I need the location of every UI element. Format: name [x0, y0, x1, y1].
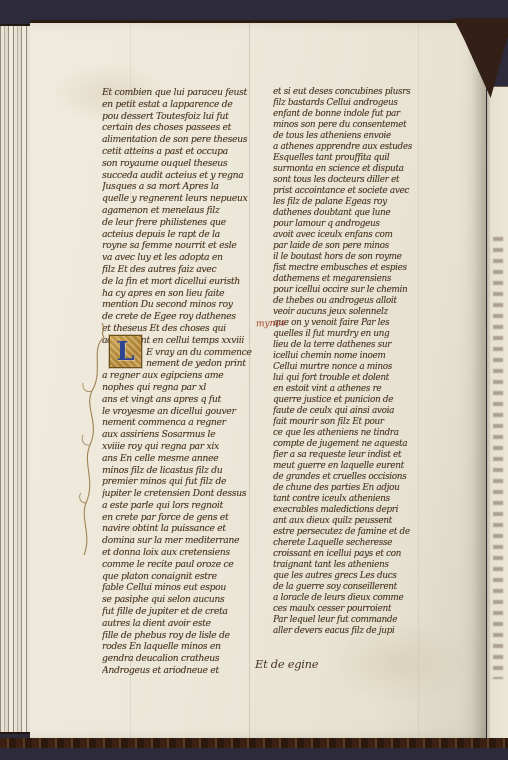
text-line: fut fille de jupiter et de creta	[102, 606, 272, 618]
text-line: comme le recite paul oroze ce	[102, 559, 272, 571]
text-line: le vroyesme an dicellui gouver	[102, 406, 272, 418]
text-line: icellui chemin nome inoem	[273, 351, 491, 362]
text-line: mention Du second minos roy	[102, 299, 272, 311]
catchword: Et de egine	[255, 657, 318, 671]
text-line: sont tous les docteurs diller et	[273, 175, 491, 186]
text-line: il le boutast hors de son royme	[273, 252, 491, 263]
text-line: de leur frere philistenes que	[102, 217, 272, 229]
text-line: cherete Laquelle secheresse	[273, 538, 491, 549]
text-line: minos son pere du consentemet	[273, 120, 491, 131]
text-line: domina sur la mer mediterrane	[102, 535, 272, 547]
text-line: fier a sa requeste leur indist et	[273, 450, 491, 461]
text-line: veoir aucuns jeux solennelz	[273, 307, 491, 318]
text-line: se pasiphe qui selon aucuns	[102, 594, 272, 606]
text-line: dathemens et megarensiens	[273, 274, 491, 285]
text-line: que platon conaignit estre	[102, 571, 272, 583]
text-line: que les autres grecs Les ducs	[273, 571, 491, 582]
text-column-left: Et combien que lui paraceu feusten petit…	[102, 87, 272, 677]
text-line: gendra deucalion cratheus	[102, 653, 272, 665]
text-line: va avec luy et les adopta en	[102, 252, 272, 264]
text-line: de grandes et cruelles occisions	[273, 472, 491, 483]
text-line: royne sa femme nourrit et esle	[102, 240, 272, 252]
text-line: minos filz de licastus filz du	[102, 465, 272, 477]
text-line: et si eut deses concubines plusrs	[273, 87, 491, 98]
text-line: meut guerre en laquelle eurent	[273, 461, 491, 472]
text-line: compte de jugement ne aquesta	[273, 439, 491, 450]
text-line: de la fin et mort dicellui euristh	[102, 276, 272, 288]
text-line: execrables maledictions depri	[273, 505, 491, 516]
manuscript-page: Et combien que lui paraceu feusten petit…	[30, 20, 486, 740]
text-line: fille de phebus roy de lisle de	[102, 630, 272, 642]
text-line: certain des choses passees et	[102, 122, 272, 134]
text-line: lieu de la terre dathenes sur	[273, 340, 491, 351]
text-line: nophes qui regna par xl	[102, 382, 272, 394]
text-line: Cellui murtre nonce a minos	[273, 362, 491, 373]
text-line: enfant de bonne indole fut par	[273, 109, 491, 120]
book-board-edge	[0, 738, 508, 748]
text-line: quelles il fut murdry en ung	[273, 329, 491, 340]
text-line: premier minos qui fut filz de	[102, 476, 272, 488]
text-line: rodes En laquelle minos en	[102, 641, 272, 653]
text-line: autres la dient avoir este	[102, 618, 272, 630]
manuscript-photo: Et combien que lui paraceu feusten petit…	[0, 0, 508, 760]
text-line: nement commenca a regner	[102, 417, 272, 429]
text-line: fable Cellui minos eut espou	[102, 582, 272, 594]
text-line: alimentation de son pere theseus	[102, 134, 272, 146]
text-line: ans et vingt ans apres q fut	[102, 394, 272, 406]
text-line: et donna loix aux cretensiens	[102, 547, 272, 559]
text-line: de chune des parties En adjou	[273, 483, 491, 494]
text-line: prist accointance et societe avec	[273, 186, 491, 197]
text-line: acteius depuis le rapt de la	[102, 229, 272, 241]
text-line: ces maulx cesser pourroient	[273, 604, 491, 615]
text-line: de crete de Egee roy dathenes	[102, 311, 272, 323]
text-line: pou dessert Toutesfoiz lui fut	[102, 111, 272, 123]
text-line: aux assiriens Sosarmus le	[102, 429, 272, 441]
text-line: ha cy apres en son lieu faite	[102, 288, 272, 300]
text-line: lui qui fort trouble et dolent	[273, 373, 491, 384]
penwork-flourish-icon	[76, 319, 110, 569]
text-line: tant contre iceulx atheniens	[273, 494, 491, 505]
text-line: en estoit vint a athenes re	[273, 384, 491, 395]
text-line: ant aux dieux quilz peussent	[273, 516, 491, 527]
text-line: navire obtint la puissance et	[102, 523, 272, 535]
facing-page-edge	[487, 86, 508, 739]
text-line: ce que les atheniens ne tindra	[273, 428, 491, 439]
text-line: pour icellui occire sur le chemin	[273, 285, 491, 296]
text-column-right: et si eut deses concubines plusrsfilz ba…	[273, 87, 491, 637]
text-line: avoit avec iceulx enfans com	[273, 230, 491, 241]
text-line: et theseus Et des choses qui	[102, 323, 272, 335]
text-line: querre justice et punicion de	[273, 395, 491, 406]
text-line: en petit estat a lapparence de	[102, 99, 272, 111]
text-line: son royaume ouquel theseus	[102, 158, 272, 170]
text-line: quelle y regnerent leurs nepueux	[102, 193, 272, 205]
text-line: les filz de palane Egeas roy	[273, 197, 491, 208]
text-line: Et combien que lui paraceu feust	[102, 87, 272, 99]
text-line: a regner aux egipciens ame	[102, 370, 272, 382]
text-line: aller devers eacus filz de jupi	[273, 626, 491, 637]
text-line: a athenes apprendre aux estudes	[273, 142, 491, 153]
text-line: estre persecutez de famine et de	[273, 527, 491, 538]
text-line: filz Et des autres faiz avec	[102, 264, 272, 276]
text-line: traignant tant les atheniens	[273, 560, 491, 571]
text-line: a este parle qui lors regnoit	[102, 500, 272, 512]
text-line: xviiie roy qui regna par xix	[102, 441, 272, 453]
text-line: pour lamour q androgeus	[273, 219, 491, 230]
text-line: fait mourir son filz Et pour	[273, 417, 491, 428]
text-line: de la guerre soy conseillerent	[273, 582, 491, 593]
facing-page-ghost-text	[493, 237, 503, 679]
initial-letter: L	[116, 339, 134, 365]
text-line: Esquelles tant prouffita quil	[273, 153, 491, 164]
text-line: par laide de son pere minos	[273, 241, 491, 252]
text-line: ans En celle mesme annee	[102, 453, 272, 465]
text-line: succeda audit acteius et y regna	[102, 170, 272, 182]
text-line: que on y venoit faire Par les	[273, 318, 491, 329]
text-line: Jusques a sa mort Apres la	[102, 181, 272, 193]
text-line: filz bastards Cellui androgeus	[273, 98, 491, 109]
text-line: cetit atteins a past et occupa	[102, 146, 272, 158]
page-edges	[0, 24, 32, 734]
text-line: de tous les atheniens envoie	[273, 131, 491, 142]
text-line: a loracle de leurs dieux comme	[273, 593, 491, 604]
text-line: jupiter le cretensien Dont dessus	[102, 488, 272, 500]
text-line: dathenes doubtant que lune	[273, 208, 491, 219]
text-line: Androgeus et ariodneue et	[102, 665, 272, 677]
text-line: en crete par force de gens et	[102, 512, 272, 524]
text-line: faute de ceulx qui ainsi avoia	[273, 406, 491, 417]
text-line: fist mectre embusches et espies	[273, 263, 491, 274]
text-line: croissant en icellui pays et con	[273, 549, 491, 560]
text-line: de thebes ou androgeus alloit	[273, 296, 491, 307]
illuminated-initial: L	[109, 335, 142, 368]
text-line: surmonta en science et disputa	[273, 164, 491, 175]
text-line: Par lequel leur fut commande	[273, 615, 491, 626]
marginal-note-red: mynos	[256, 318, 286, 329]
text-line: agamenon et menelaus filz	[102, 205, 272, 217]
